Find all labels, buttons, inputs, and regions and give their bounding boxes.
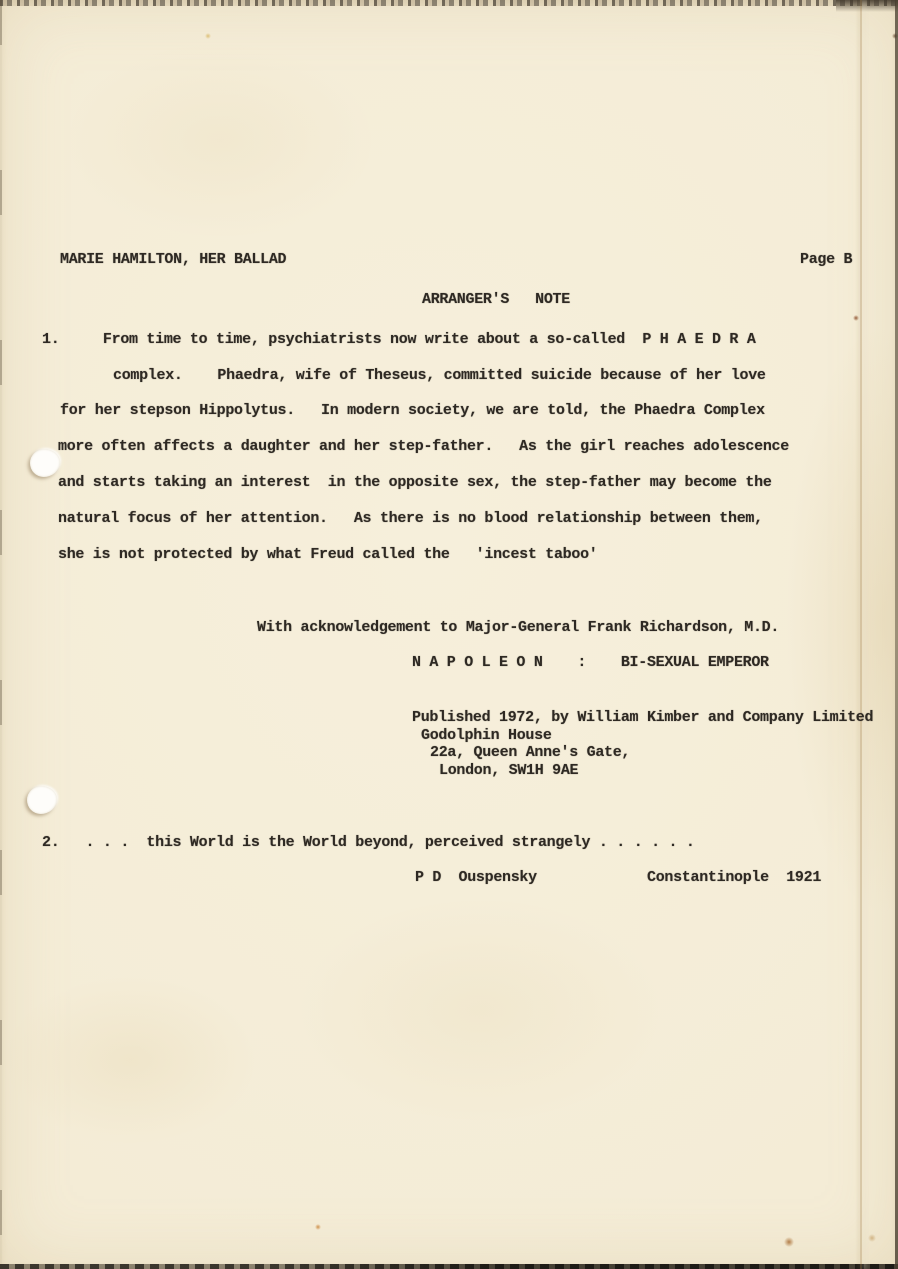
attribution-place-year: Constantinople 1921 [647, 868, 821, 887]
note1-line: 1. From time to time, psychiatrists now … [42, 330, 756, 349]
scanned-typewritten-page: MARIE HAMILTON, HER BALLAD Page B ARRANG… [0, 0, 898, 1269]
page-number: Page B [800, 250, 852, 269]
publisher-line: Published 1972, by William Kimber and Co… [412, 708, 873, 727]
scan-edge-top [0, 0, 898, 6]
note1-line: she is not protected by what Freud calle… [58, 545, 598, 564]
note2-quote-line: 2. . . . this World is the World beyond,… [42, 833, 695, 852]
publisher-line: London, SW1H 9AE [439, 761, 578, 780]
note1-line: and starts taking an interest in the opp… [58, 473, 772, 492]
attribution-author: P D Ouspensky [415, 868, 537, 887]
scan-edge-bottom [0, 1264, 898, 1269]
note1-line: complex. Phaedra, wife of Theseus, commi… [113, 366, 766, 385]
section-title: ARRANGER'S NOTE [422, 290, 570, 309]
publisher-line: 22a, Queen Anne's Gate, [430, 743, 630, 762]
book-title-line: N A P O L E O N : BI-SEXUAL EMPEROR [412, 653, 769, 672]
note1-line: for her stepson Hippolytus. In modern so… [60, 401, 765, 420]
document-title: MARIE HAMILTON, HER BALLAD [60, 250, 286, 269]
note1-line: natural focus of her attention. As there… [58, 509, 763, 528]
punch-hole-top [30, 449, 60, 477]
note1-line: more often affects a daughter and her st… [58, 437, 789, 456]
punch-hole-bottom [27, 786, 57, 814]
paper-crease [860, 0, 862, 1269]
acknowledgement-line: With acknowledgement to Major-General Fr… [257, 618, 779, 637]
scan-edge-left [0, 0, 2, 1269]
scan-edge-top-right [836, 0, 898, 12]
